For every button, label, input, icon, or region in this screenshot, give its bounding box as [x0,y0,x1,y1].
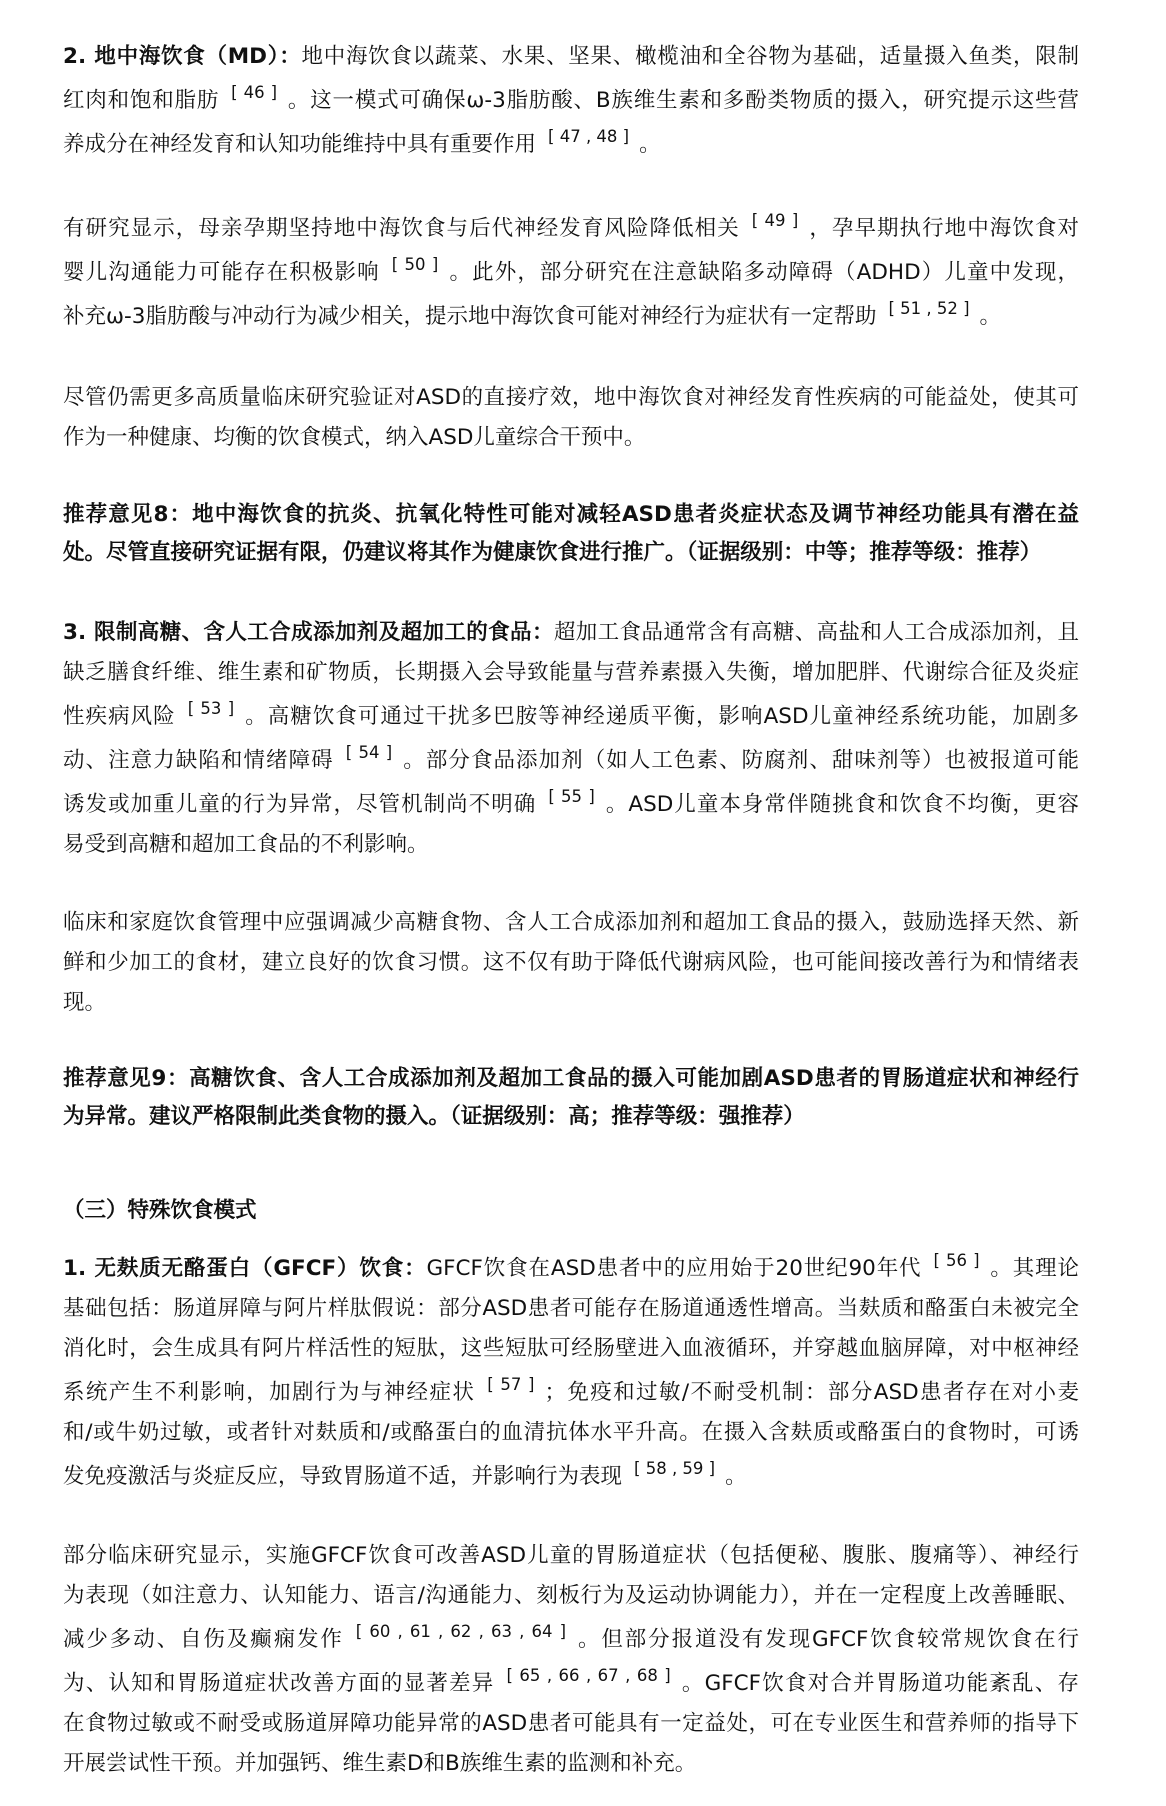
text-line: 减少多动、自伤及癫痫发作[ 60 , 61 , 62 , 63 , 64 ]。但… [63,1616,1079,1660]
paragraph-diet-management: 临床和家庭饮食管理中应强调减少高糖食物、含人工合成添加剂和超加工食品的摄入，鼓励… [63,903,1079,1023]
line-text: 鲜和少加工的食材，建立良好的饮食习惯。这不仅有助于降低代谢病风险，也可能间接改善… [63,950,1079,975]
text-line: 发免疫激活与炎症反应，导致胃肠道不适，并影响行为表现[ 58 , 59 ]。 [63,1453,1079,1497]
line-text: 超加工食品通常含有高糖、高盐和人工合成添加剂，且 [554,620,1079,645]
citation-ref: [ 49 ] [752,211,798,230]
line-text: 部分临床研究显示，实施GFCF饮食可改善ASD儿童的胃肠道症状（包括便秘、腹胀、… [63,1543,1079,1568]
line-text: 临床和家庭饮食管理中应强调减少高糖食物、含人工合成添加剂和超加工食品的摄入，鼓励… [63,910,1079,935]
text-line: 基础包括：肠道屏障与阿片样肽假说：部分ASD患者可能存在肠道通透性增高。当麸质和… [63,1289,1079,1329]
text-line: 3. 限制高糖、含人工合成添加剂及超加工的食品：超加工食品通常含有高糖、高盐和人… [63,613,1079,653]
text-line: 2. 地中海饮食（MD）：地中海饮食以蔬菜、水果、坚果、橄榄油和全谷物为基础，适… [63,37,1079,77]
text-line: 养成分在神经发育和认知功能维持中具有重要作用[ 47 , 48 ]。 [63,121,1079,165]
line-text: 。 [725,1464,747,1489]
text-line: 开展尝试性干预。并加强钙、维生素D和B族维生素的监测和补充。 [63,1744,1079,1784]
line-text: 性疾病风险 [63,704,176,729]
line-text: GFCF饮食在ASD患者中的应用始于20世纪90年代 [427,1256,922,1281]
citation-ref: [ 53 ] [188,699,234,718]
text-line: 缺乏膳食纤维、维生素和矿物质，长期摄入会导致能量与营养素摄入失衡，增加肥胖、代谢… [63,653,1079,693]
text-line: 鲜和少加工的食材，建立良好的饮食习惯。这不仅有助于降低代谢病风险，也可能间接改善… [63,943,1079,983]
line-text: 消化时，会生成具有阿片样活性的短肽，这些短肽可经肠壁进入血液循环，并穿越血脑屏障… [63,1336,1079,1361]
citation-ref: [ 47 , 48 ] [548,127,629,146]
line-text: 推荐意见8：地中海饮食的抗炎、抗氧化特性可能对减轻ASD患者炎症状态及调节神经功… [63,502,1079,527]
text-line: 1. 无麸质无酪蛋白（GFCF）饮食：GFCF饮食在ASD患者中的应用始于20世… [63,1245,1079,1289]
text-line: 系统产生不利影响，加剧行为与神经症状[ 57 ]；免疫和过敏/不耐受机制：部分A… [63,1369,1079,1413]
text-line: 动、注意力缺陷和情绪障碍[ 54 ]。部分食品添加剂（如人工色素、防腐剂、甜味剂… [63,737,1079,781]
line-text: 有研究显示，母亲孕期坚持地中海饮食与后代神经发育风险降低相关 [63,216,740,241]
article-body: 2. 地中海饮食（MD）：地中海饮食以蔬菜、水果、坚果、橄榄油和全谷物为基础，适… [63,37,1079,1784]
section-heading-special-diets: （三）特殊饮食模式 [63,1191,1079,1231]
line-text: 推荐意见9：高糖饮食、含人工合成添加剂及超加工食品的摄入可能加剧ASD患者的胃肠… [63,1066,1079,1091]
text-line: 有研究显示，母亲孕期坚持地中海饮食与后代神经发育风险降低相关[ 49 ]，孕早期… [63,205,1079,249]
paragraph-gfcf-diet: 1. 无麸质无酪蛋白（GFCF）饮食：GFCF饮食在ASD患者中的应用始于20世… [63,1245,1079,1497]
line-text: 补充ω-3脂肪酸与冲动行为减少相关，提示地中海饮食可能对神经行为症状有一定帮助 [63,304,876,329]
line-text: 婴儿沟通能力可能存在积极影响 [63,260,380,285]
line-text: ，孕早期执行地中海饮食对 [808,216,1079,241]
citation-ref: [ 46 ] [231,83,277,102]
text-line: 推荐意见9：高糖饮食、含人工合成添加剂及超加工食品的摄入可能加剧ASD患者的胃肠… [63,1060,1079,1098]
text-line: 尽管仍需更多高质量临床研究验证对ASD的直接疗效，地中海饮食对神经发育性疾病的可… [63,378,1079,418]
text-line: 为异常。建议严格限制此类食物的摄入。（证据级别：高；推荐等级：强推荐） [63,1098,1079,1136]
line-text: 。高糖饮食可通过干扰多巴胺等神经递质平衡，影响ASD儿童神经系统功能，加剧多 [244,704,1079,729]
text-line: 部分临床研究显示，实施GFCF饮食可改善ASD儿童的胃肠道症状（包括便秘、腹胀、… [63,1536,1079,1576]
line-text: 作为一种健康、均衡的饮食模式，纳入ASD儿童综合干预中。 [63,425,645,450]
paragraph-lead-title: 2. 地中海饮食（MD）： [63,44,301,69]
line-text: 基础包括：肠道屏障与阿片样肽假说：部分ASD患者可能存在肠道通透性增高。当麸质和… [63,1296,1079,1321]
line-text: 开展尝试性干预。并加强钙、维生素D和B族维生素的监测和补充。 [63,1751,696,1776]
line-text: 尽管仍需更多高质量临床研究验证对ASD的直接疗效，地中海饮食对神经发育性疾病的可… [63,385,1079,410]
line-text: 处。尽管直接研究证据有限，仍建议将其作为健康饮食进行推广。（证据级别：中等；推荐… [63,540,1041,565]
line-text: 。部分食品添加剂（如人工色素、防腐剂、甜味剂等）也被报道可能 [402,748,1079,773]
line-text: 。GFCF饮食对合并胃肠道功能紊乱、存 [681,1671,1079,1696]
text-line: 性疾病风险[ 53 ]。高糖饮食可通过干扰多巴胺等神经递质平衡，影响ASD儿童神… [63,693,1079,737]
paragraph-gfcf-evidence: 部分临床研究显示，实施GFCF饮食可改善ASD儿童的胃肠道症状（包括便秘、腹胀、… [63,1536,1079,1784]
line-text: 现。 [63,990,106,1015]
citation-ref: [ 58 , 59 ] [634,1459,715,1478]
line-text: 动、注意力缺陷和情绪障碍 [63,748,334,773]
line-text: 。其理论 [990,1256,1079,1281]
citation-ref: [ 54 ] [346,743,392,762]
line-text: 为、认知和胃肠道症状改善方面的显著差异 [63,1671,494,1696]
citation-ref: [ 50 ] [392,255,439,274]
text-line: 易受到高糖和超加工食品的不利影响。 [63,825,1079,865]
line-text: 为异常。建议严格限制此类食物的摄入。（证据级别：高；推荐等级：强推荐） [63,1104,805,1129]
recommendation-9: 推荐意见9：高糖饮食、含人工合成添加剂及超加工食品的摄入可能加剧ASD患者的胃肠… [63,1060,1079,1136]
citation-ref: [ 51 , 52 ] [888,299,969,318]
text-line: 红肉和饱和脂肪[ 46 ]。这一模式可确保ω-3脂肪酸、B族维生素和多酚类物质的… [63,77,1079,121]
text-line: 作为一种健康、均衡的饮食模式，纳入ASD儿童综合干预中。 [63,418,1079,458]
line-text: 。此外，部分研究在注意缺陷多动障碍（ADHD）儿童中发现， [448,260,1079,285]
line-text: 为表现（如注意力、认知能力、语言/沟通能力、刻板行为及运动协调能力），并在一定程… [63,1583,1079,1608]
line-text: 系统产生不利影响，加剧行为与神经症状 [63,1380,475,1405]
text-line: 婴儿沟通能力可能存在积极影响[ 50 ]。此外，部分研究在注意缺陷多动障碍（AD… [63,249,1079,293]
recommendation-8: 推荐意见8：地中海饮食的抗炎、抗氧化特性可能对减轻ASD患者炎症状态及调节神经功… [63,496,1079,572]
text-line: 现。 [63,983,1079,1023]
text-line: 消化时，会生成具有阿片样活性的短肽，这些短肽可经肠壁进入血液循环，并穿越血脑屏障… [63,1329,1079,1369]
line-text: 地中海饮食以蔬菜、水果、坚果、橄榄油和全谷物为基础，适量摄入鱼类，限制 [301,44,1079,69]
text-line: 在食物过敏或不耐受或肠道屏障功能异常的ASD患者可能具有一定益处，可在专业医生和… [63,1704,1079,1744]
text-line: 临床和家庭饮食管理中应强调减少高糖食物、含人工合成添加剂和超加工食品的摄入，鼓励… [63,903,1079,943]
line-text: 和/或牛奶过敏，或者针对麸质和/或酪蛋白的血清抗体水平升高。在摄入含麸质或酪蛋白… [63,1420,1079,1445]
line-text: 。但部分报道没有发现GFCF饮食较常规饮食在行 [576,1627,1079,1652]
line-text: 在食物过敏或不耐受或肠道屏障功能异常的ASD患者可能具有一定益处，可在专业医生和… [63,1711,1079,1736]
line-text: 红肉和饱和脂肪 [63,88,219,113]
citation-ref: [ 57 ] [487,1375,534,1394]
line-text: 缺乏膳食纤维、维生素和矿物质，长期摄入会导致能量与营养素摄入失衡，增加肥胖、代谢… [63,660,1079,685]
text-line: 推荐意见8：地中海饮食的抗炎、抗氧化特性可能对减轻ASD患者炎症状态及调节神经功… [63,496,1079,534]
paragraph-mediterranean-diet: 2. 地中海饮食（MD）：地中海饮食以蔬菜、水果、坚果、橄榄油和全谷物为基础，适… [63,37,1079,165]
paragraph-md-summary: 尽管仍需更多高质量临床研究验证对ASD的直接疗效，地中海饮食对神经发育性疾病的可… [63,378,1079,458]
line-text: 养成分在神经发育和认知功能维持中具有重要作用 [63,132,536,157]
line-text: 诱发或加重儿童的行为异常，尽管机制尚不明确 [63,792,536,817]
text-line: 为、认知和胃肠道症状改善方面的显著差异[ 65 , 66 , 67 , 68 ]… [63,1660,1079,1704]
line-text: 减少多动、自伤及癫痫发作 [63,1627,344,1652]
text-line: 诱发或加重儿童的行为异常，尽管机制尚不明确[ 55 ]。ASD儿童本身常伴随挑食… [63,781,1079,825]
line-text: 。ASD儿童本身常伴随挑食和饮食不均衡，更容 [605,792,1079,817]
citation-ref: [ 65 , 66 , 67 , 68 ] [506,1666,670,1685]
line-text: ；免疫和过敏/不耐受机制：部分ASD患者存在对小麦 [544,1380,1079,1405]
paragraph-limit-ultraprocessed: 3. 限制高糖、含人工合成添加剂及超加工的食品：超加工食品通常含有高糖、高盐和人… [63,613,1079,865]
text-line: 为表现（如注意力、认知能力、语言/沟通能力、刻板行为及运动协调能力），并在一定程… [63,1576,1079,1616]
line-text: 发免疫激活与炎症反应，导致胃肠道不适，并影响行为表现 [63,1464,622,1489]
citation-ref: [ 56 ] [933,1251,979,1270]
text-line: 补充ω-3脂肪酸与冲动行为减少相关，提示地中海饮食可能对神经行为症状有一定帮助[… [63,293,1079,337]
line-text: 。 [639,132,661,157]
line-text: 。这一模式可确保ω-3脂肪酸、B族维生素和多酚类物质的摄入，研究提示这些营 [287,88,1079,113]
paragraph-lead-title: 3. 限制高糖、含人工合成添加剂及超加工的食品： [63,620,554,645]
paragraph-md-evidence: 有研究显示，母亲孕期坚持地中海饮食与后代神经发育风险降低相关[ 49 ]，孕早期… [63,205,1079,337]
citation-ref: [ 55 ] [548,787,594,806]
line-text: 易受到高糖和超加工食品的不利影响。 [63,832,429,857]
text-line: 和/或牛奶过敏，或者针对麸质和/或酪蛋白的血清抗体水平升高。在摄入含麸质或酪蛋白… [63,1413,1079,1453]
citation-ref: [ 60 , 61 , 62 , 63 , 64 ] [356,1622,566,1641]
paragraph-lead-title: 1. 无麸质无酪蛋白（GFCF）饮食： [63,1256,427,1281]
text-line: 处。尽管直接研究证据有限，仍建议将其作为健康饮食进行推广。（证据级别：中等；推荐… [63,534,1079,572]
line-text: 。 [980,304,1002,329]
